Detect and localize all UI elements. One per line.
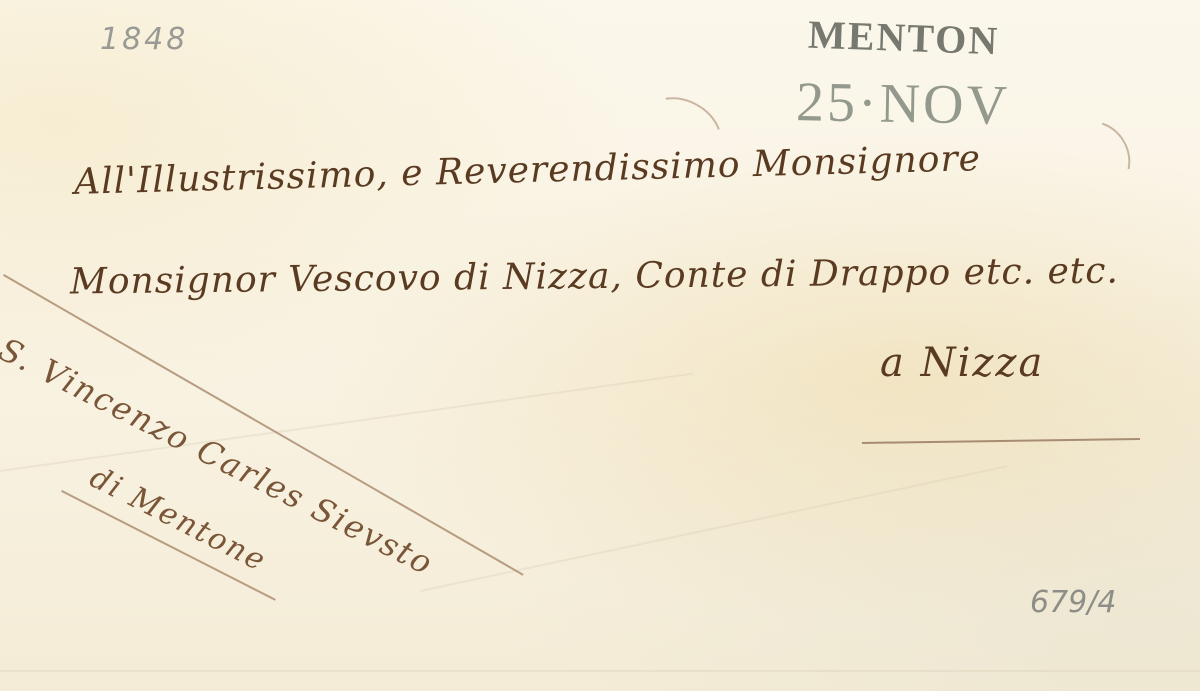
pencil-docket-number: 679/4 <box>1030 585 1116 620</box>
sender-block: S. Vincenzo Carles Sievsto di Mentone <box>10 330 570 630</box>
address-line-1: All'Illustrissimo, e Reverendissimo Mons… <box>74 138 982 203</box>
pencil-year-note: 1848 <box>100 22 188 57</box>
postal-cover: 1848 MENTON 25·NOV All'Illustrissimo, e … <box>0 0 1200 691</box>
postmark-date: 25·NOV <box>795 70 1010 138</box>
destination-underline <box>862 438 1140 444</box>
ink-flourish <box>1051 109 1143 205</box>
address-line-2: Monsignor Vescovo di Nizza, Conte di Dra… <box>70 251 1119 303</box>
address-destination: a Nizza <box>880 340 1044 386</box>
postmark-town: MENTON <box>807 11 1000 65</box>
paper-crease <box>0 670 1200 672</box>
